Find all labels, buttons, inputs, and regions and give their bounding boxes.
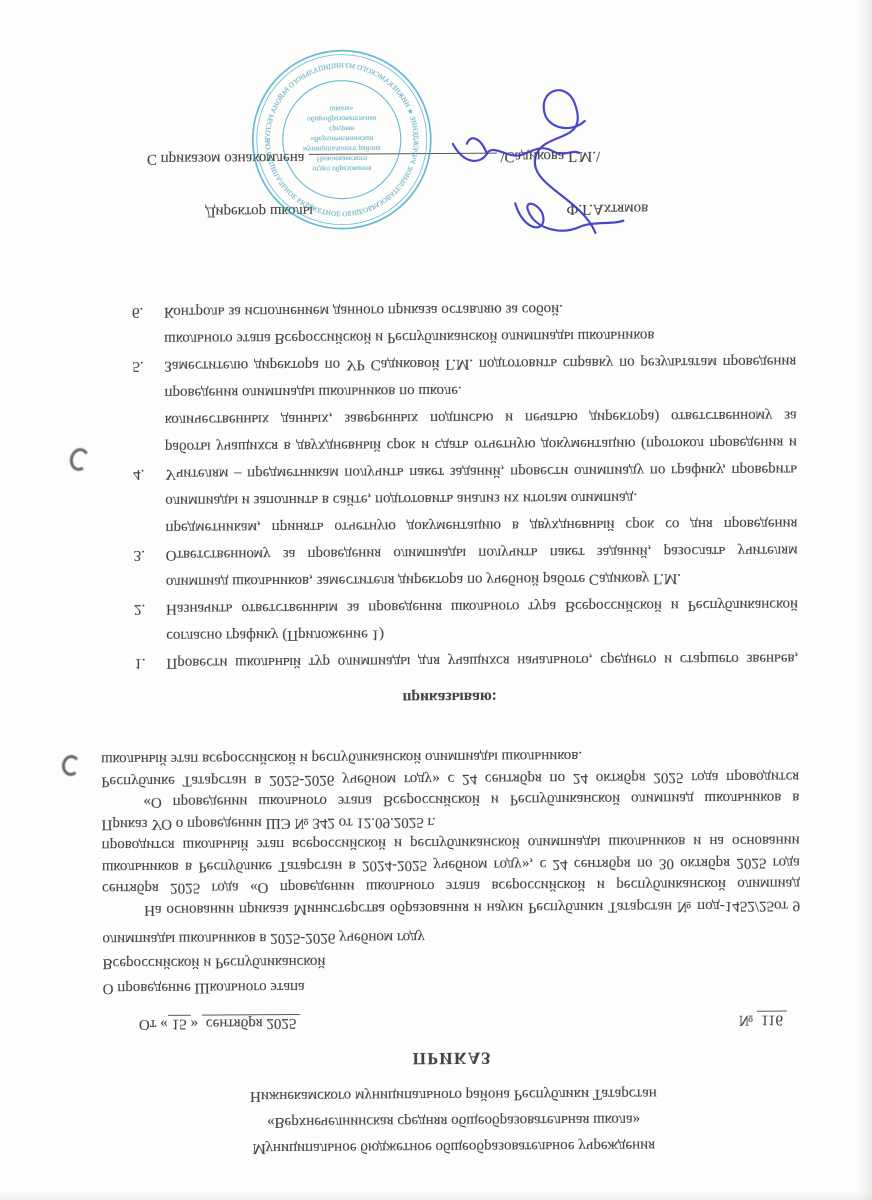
order-item-3: 3. Ответственному за проведения олимпиад… [133, 482, 798, 568]
school-round-stamp: МУНИЦИПАЛЬНОЕ БЮДЖЕТНОЕ ОБЩЕОБРАЗОВАТЕЛЬ… [248, 46, 435, 233]
document-title: ПРИКАЗ [103, 1045, 801, 1070]
preamble-paragraph-1: На основании приказа Министерства образо… [101, 808, 800, 920]
order-item-1: 1. Провести школьный тур олимпиады для у… [134, 617, 798, 676]
stamp-center-line-5: средняя [329, 125, 355, 134]
preamble: На основании приказа Министерства образо… [101, 743, 800, 920]
stamp-center-line-3: муниципального района [303, 144, 381, 154]
order-date-day: 15 [168, 1015, 191, 1032]
stamp-center-line-1: отдел образования [312, 164, 372, 173]
org-line-2: «Верхнечелнинская средняя общеобразовате… [154, 1106, 754, 1136]
ack-pen-loop [467, 138, 487, 154]
order-items: 1. Провести школьный тур олимпиады для у… [132, 293, 799, 676]
order-item-5: 5. Заместителю директора по УР Садиковой… [132, 320, 796, 379]
stamp-center-line-2: Нижнекамского [317, 154, 368, 163]
director-pen-signature [515, 203, 623, 231]
resolution-word: приказываю: [101, 685, 799, 708]
subject-line-2: Всероссийской и Республиканской [102, 948, 582, 976]
order-number: № 116 [739, 1011, 787, 1028]
organization-header: Муниципальное бюджетное общеобразователь… [153, 1080, 754, 1162]
stamp-center-line-6: общеобразовательная [307, 114, 377, 123]
org-line-3: Нижнекамского муниципального района Респ… [153, 1080, 753, 1110]
stamp-center-line-4: «Верхнечелнинская [310, 134, 374, 143]
signature-flourish [534, 90, 595, 233]
ack-pen-signature [453, 143, 579, 161]
subject-line-1: О проведение Школьного этапа [103, 972, 583, 1000]
order-date: От «15» сентября 2025 [139, 1015, 301, 1032]
scanned-document: Муниципальное бюджетное общеобразователь… [0, 0, 872, 1200]
order-item-4: 4. Учителям – предметникам получить паке… [132, 374, 797, 487]
stamp-center-line-7: школа» [330, 105, 354, 114]
org-line-1: Муниципальное бюджетное общеобразователь… [154, 1132, 754, 1162]
flipped-page: Муниципальное бюджетное общеобразователь… [0, 0, 872, 1200]
order-meta: № 116 От «15» сентября 2025 [103, 1010, 801, 1032]
order-item-2: 2. Назначить ответственным за проведения… [134, 563, 798, 622]
subject-line-3: олимпиады школьников в 2025-2026 учебном… [102, 923, 582, 951]
order-item-6: 6. Контроль за исполнением данного прика… [132, 293, 796, 325]
pen-signatures [426, 60, 727, 262]
order-date-month-year: сентября 2025 [202, 1014, 301, 1032]
preamble-paragraph-2: «О проведении школьного этапа Всероссийс… [101, 743, 799, 812]
order-subject: О проведение Школьного этапа Всероссийск… [102, 923, 583, 1000]
order-number-value: 116 [757, 1011, 787, 1028]
